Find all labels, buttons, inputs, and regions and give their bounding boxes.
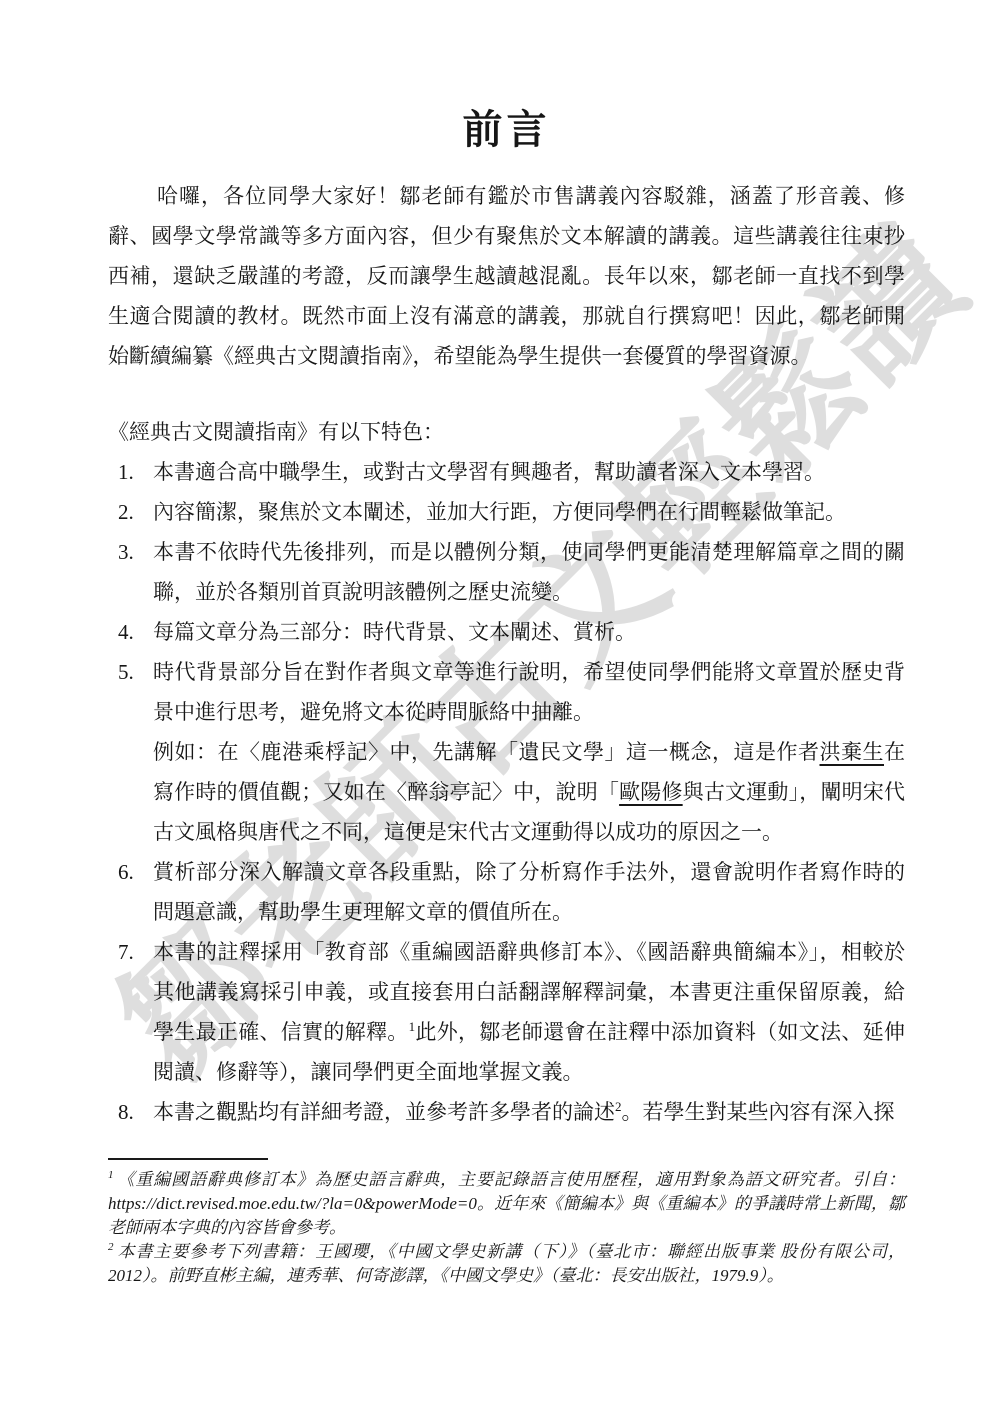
list-item-text: 本書適合高中職學生，或對古文學習有興趣者，幫助讀者深入文本學習。: [153, 452, 905, 492]
list-item-segment: 。若學生對某些內容有深入探: [622, 1100, 895, 1124]
page-content: 前言 哈囉，各位同學大家好！鄒老師有鑑於市售講義內容駁雜，涵蓋了形音義、修辭、國…: [108, 0, 905, 1288]
list-item-number: 4.: [108, 612, 153, 652]
footnote-text: 《重編國語辭典修訂本》為歷史語言辭典，主要記錄語言使用歷程，適用對象為語文研究者…: [108, 1170, 905, 1237]
list-item-number: 8.: [108, 1092, 153, 1132]
example-segment: 例如：在〈鹿港乘桴記〉中，先講解「遺民文學」這一概念，這是作者: [153, 740, 820, 764]
list-item-number: 5.: [108, 652, 153, 852]
footnote-marker: 1: [108, 1169, 114, 1181]
list-item: 1.本書適合高中職學生，或對古文學習有興趣者，幫助讀者深入文本學習。: [108, 452, 905, 492]
author-name-underlined: 洪棄生: [820, 740, 885, 764]
list-item-text: 本書之觀點均有詳細考證，並參考許多學者的論述2。若學生對某些內容有深入探: [153, 1092, 905, 1132]
list-item-text: 時代背景部分旨在對作者與文章等進行說明，希望使同學們能將文章置於歷史背景中進行思…: [153, 652, 905, 732]
feature-list: 1.本書適合高中職學生，或對古文學習有興趣者，幫助讀者深入文本學習。 2.內容簡…: [108, 452, 905, 1132]
list-item-number: 1.: [108, 452, 153, 492]
list-item-number: 7.: [108, 932, 153, 1092]
list-item-number: 3.: [108, 532, 153, 612]
list-item-text: 每篇文章分為三部分：時代背景、文本闡述、賞析。: [153, 612, 905, 652]
list-item: 6.賞析部分深入解讀文章各段重點，除了分析寫作手法外，還會說明作者寫作時的問題意…: [108, 852, 905, 932]
list-item: 8.本書之觀點均有詳細考證，並參考許多學者的論述2。若學生對某些內容有深入探: [108, 1092, 905, 1132]
intro-paragraph: 哈囉，各位同學大家好！鄒老師有鑑於市售講義內容駁雜，涵蓋了形音義、修辭、國學文學…: [108, 176, 905, 376]
list-item-number: 6.: [108, 852, 153, 932]
list-item: 2.內容簡潔，聚焦於文本闡述，並加大行距，方便同學們在行間輕鬆做筆記。: [108, 492, 905, 532]
list-item-text: 本書的註釋採用「教育部《重編國語辭典修訂本》、《國語辭典簡編本》」，相較於其他講…: [153, 932, 905, 1092]
list-item: 7.本書的註釋採用「教育部《重編國語辭典修訂本》、《國語辭典簡編本》」，相較於其…: [108, 932, 905, 1092]
list-item-number: 2.: [108, 492, 153, 532]
features-heading: 《經典古文閱讀指南》有以下特色：: [108, 412, 905, 452]
list-item: 3.本書不依時代先後排列，而是以體例分類，使同學們更能清楚理解篇章之間的關聯，並…: [108, 532, 905, 612]
footnote: 1《重編國語辭典修訂本》為歷史語言辭典，主要記錄語言使用歷程，適用對象為語文研究…: [108, 1168, 905, 1240]
list-item: 5.時代背景部分旨在對作者與文章等進行說明，希望使同學們能將文章置於歷史背景中進…: [108, 652, 905, 852]
footnote: 2本書主要參考下列書籍：王國瓔，《中國文學史新講（下）》（臺北市：聯經出版事業 …: [108, 1240, 905, 1288]
list-item-text: 賞析部分深入解讀文章各段重點，除了分析寫作手法外，還會說明作者寫作時的問題意識，…: [153, 852, 905, 932]
list-item-text: 內容簡潔，聚焦於文本闡述，並加大行距，方便同學們在行間輕鬆做筆記。: [153, 492, 905, 532]
list-item-segment: 本書之觀點均有詳細考證，並參考許多學者的論述: [153, 1100, 615, 1124]
page-title: 前言: [108, 102, 905, 158]
footnotes-section: 1《重編國語辭典修訂本》為歷史語言辭典，主要記錄語言使用歷程，適用對象為語文研究…: [108, 1168, 905, 1288]
list-item-text: 本書不依時代先後排列，而是以體例分類，使同學們更能清楚理解篇章之間的關聯，並於各…: [153, 532, 905, 612]
list-item: 4.每篇文章分為三部分：時代背景、文本闡述、賞析。: [108, 612, 905, 652]
footnote-separator: [108, 1158, 268, 1160]
author-name-underlined: 歐陽修: [619, 780, 683, 804]
footnote-marker: 2: [108, 1241, 114, 1253]
example-paragraph: 例如：在〈鹿港乘桴記〉中，先講解「遺民文學」這一概念，這是作者洪棄生在寫作時的價…: [153, 732, 905, 852]
footnote-text: 本書主要參考下列書籍：王國瓔，《中國文學史新講（下）》（臺北市：聯經出版事業 股…: [108, 1242, 905, 1285]
document-page: 鄒老師古文輕鬆讀 前言 哈囉，各位同學大家好！鄒老師有鑑於市售講義內容駁雜，涵蓋…: [0, 0, 1005, 1420]
